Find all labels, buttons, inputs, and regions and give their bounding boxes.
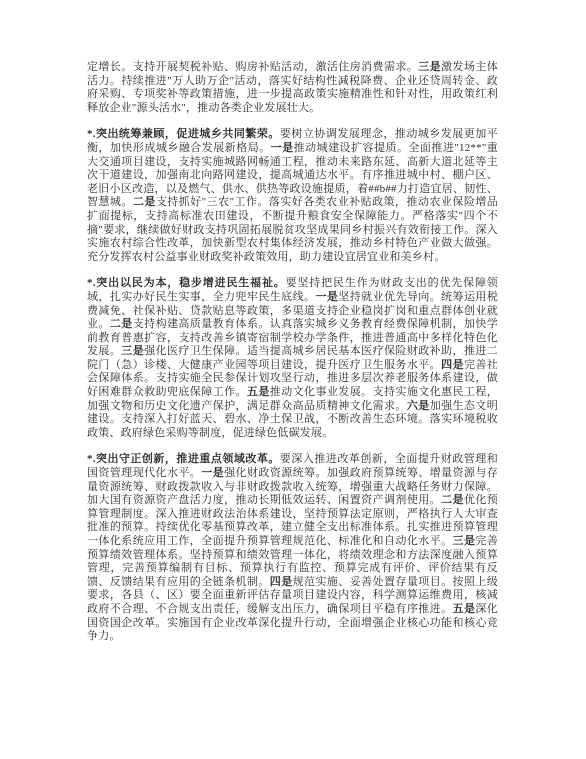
bold-text-segment: 一是 [315,291,338,303]
document-page: 定增长。支持开展契税补贴、购房补贴活动，激活住房消费需求。三是激发场主体活力。持… [0,0,586,759]
paragraph-2: *.突出统筹兼顾，促进城乡共同繁荣。要树立协调发展理念，推动城乡发展更加平衡，加… [87,128,498,264]
paragraph-1: 定增长。支持开展契税补贴、购房补贴活动，激活住房消费需求。三是激发场主体活力。持… [87,61,498,115]
bold-text-segment: 六是 [407,400,430,412]
bold-text-segment: 三是 [453,535,476,547]
text-segment: 定增长。支持开展契税补贴、购房补贴活动，激活住房消费需求。 [87,61,418,73]
paragraph-3: *.突出以民为本，稳步增进民生福祉。要坚持把民生作为财政支出的优先保障领域，扎实… [87,277,498,440]
text-segment: 强化医疗卫生保障。适当提高城乡居民基本医疗保险财政补助，推进二院门（急）诊楼、大… [87,345,498,371]
bold-text-segment: 二是 [133,196,156,208]
bold-text-segment: 五是 [453,603,476,615]
paragraph-4: *.突出守正创新，推进重点领域改革。要深入推进改革创新，全面提升财政管理和国资管… [87,453,498,643]
bold-text-segment: 一是 [201,467,224,479]
bold-text-segment: *.突出守正创新，推进重点领域改革。 [87,453,280,465]
bold-text-segment: 二是 [110,318,133,330]
bold-text-segment: *.突出统筹兼顾，促进城乡共同繁荣。 [87,128,280,140]
bold-text-segment: 三是 [121,345,144,357]
bold-text-segment: 五是 [247,386,270,398]
bold-text-segment: 四是 [441,359,464,371]
bold-text-segment: *.突出以民为本，稳步增进民生福祉。 [87,277,286,289]
bold-text-segment: 二是 [441,494,464,506]
bold-text-segment: 四是 [270,576,293,588]
bold-text-segment: 三是 [418,61,441,73]
bold-text-segment: 一是 [271,142,294,154]
document-text-block: 定增长。支持开展契税补贴、购房补贴活动，激活住房消费需求。三是激发场主体活力。持… [87,61,498,657]
